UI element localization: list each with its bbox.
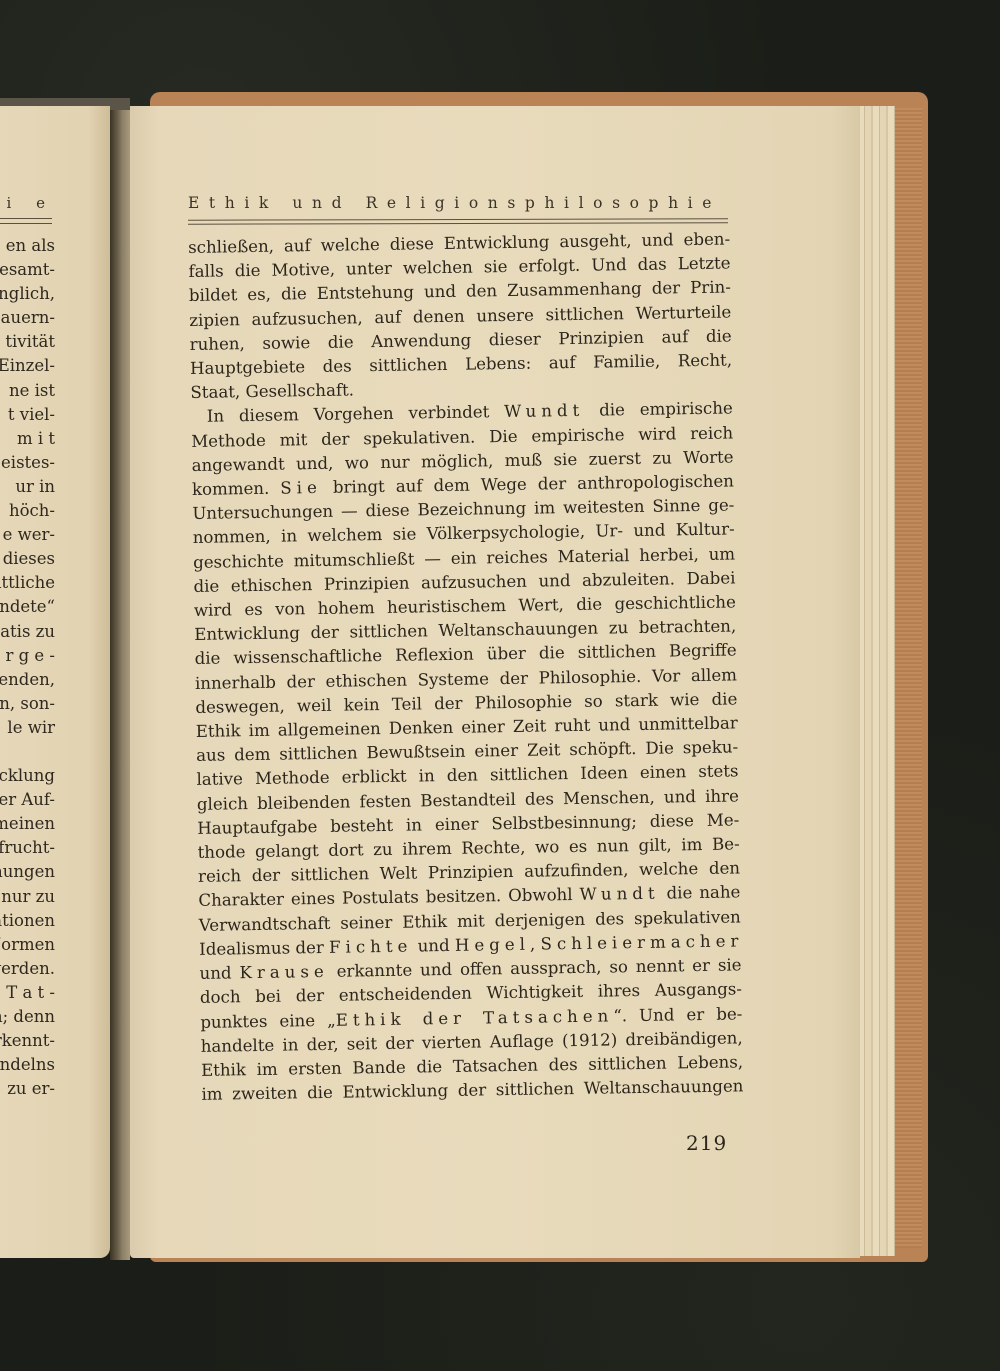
emphasized-name: Hegel — [455, 935, 530, 955]
left-line: höch- — [0, 499, 55, 523]
left-line: r g e - — [0, 644, 55, 668]
right-page: Ethik und Religionsphilosophie schließen… — [130, 106, 860, 1258]
left-line: ittliche — [0, 571, 55, 595]
running-head: Ethik und Religionsphilosophie — [188, 194, 736, 212]
left-line: Einzel- — [0, 354, 55, 378]
emphasized-name: Wundt — [504, 401, 584, 421]
left-line: nglich, — [0, 282, 55, 306]
left-line: m i t — [0, 427, 55, 451]
left-line: atis zu — [0, 620, 55, 644]
left-line: ndete“ — [0, 595, 55, 619]
left-line: le wir — [0, 716, 55, 740]
left-line: auern- — [0, 306, 55, 330]
left-line: ur in — [0, 475, 55, 499]
left-line: frucht- — [0, 836, 55, 860]
left-page: h i e en als esamt- nglich, auern- tivit… — [0, 106, 110, 1258]
left-line-blank — [0, 740, 55, 764]
left-running-head: h i e — [0, 194, 55, 212]
left-line: enden, — [0, 668, 55, 692]
book-gutter — [110, 110, 130, 1260]
left-line: tivität — [0, 330, 55, 354]
left-line: Normen — [0, 933, 55, 957]
left-line: n; denn — [0, 1005, 55, 1029]
left-line: esamt- — [0, 258, 55, 282]
left-line: T a t - — [0, 981, 55, 1005]
left-line: eistes- — [0, 451, 55, 475]
left-head-rule — [0, 218, 52, 224]
left-line: n, son- — [0, 692, 55, 716]
emphasized-name: Sie — [280, 478, 322, 498]
left-line: verden. — [0, 957, 55, 981]
left-line: e wer- — [0, 523, 55, 547]
emphasized-name: Ethik der Tatsachen — [336, 1006, 614, 1029]
left-line: dieses — [0, 547, 55, 571]
left-line: nur zu — [0, 885, 55, 909]
emphasized-name: Wundt — [579, 884, 659, 904]
left-line: cklung — [0, 764, 55, 788]
left-line: en als — [0, 234, 55, 258]
emphasized-name: Schleiermacher — [540, 931, 743, 953]
left-line: rkennt- — [0, 1029, 55, 1053]
left-line: ationen — [0, 909, 55, 933]
head-double-rule — [188, 218, 728, 224]
emphasized-name: Fichte — [329, 936, 413, 956]
left-page-text: en als esamt- nglich, auern- tivität Ein… — [0, 234, 55, 1101]
left-line: t viel- — [0, 403, 55, 427]
emphasized-name: Krause — [239, 962, 329, 982]
page-number: 219 — [686, 1131, 727, 1155]
left-line: nungen — [0, 860, 55, 884]
left-line: ne ist — [0, 379, 55, 403]
left-line: meinen — [0, 812, 55, 836]
body-text: schließen, auf welche diese Entwicklung … — [188, 227, 744, 1107]
left-line: er Auf- — [0, 788, 55, 812]
left-line: zu er- — [0, 1077, 55, 1101]
left-line: andelns — [0, 1053, 55, 1077]
